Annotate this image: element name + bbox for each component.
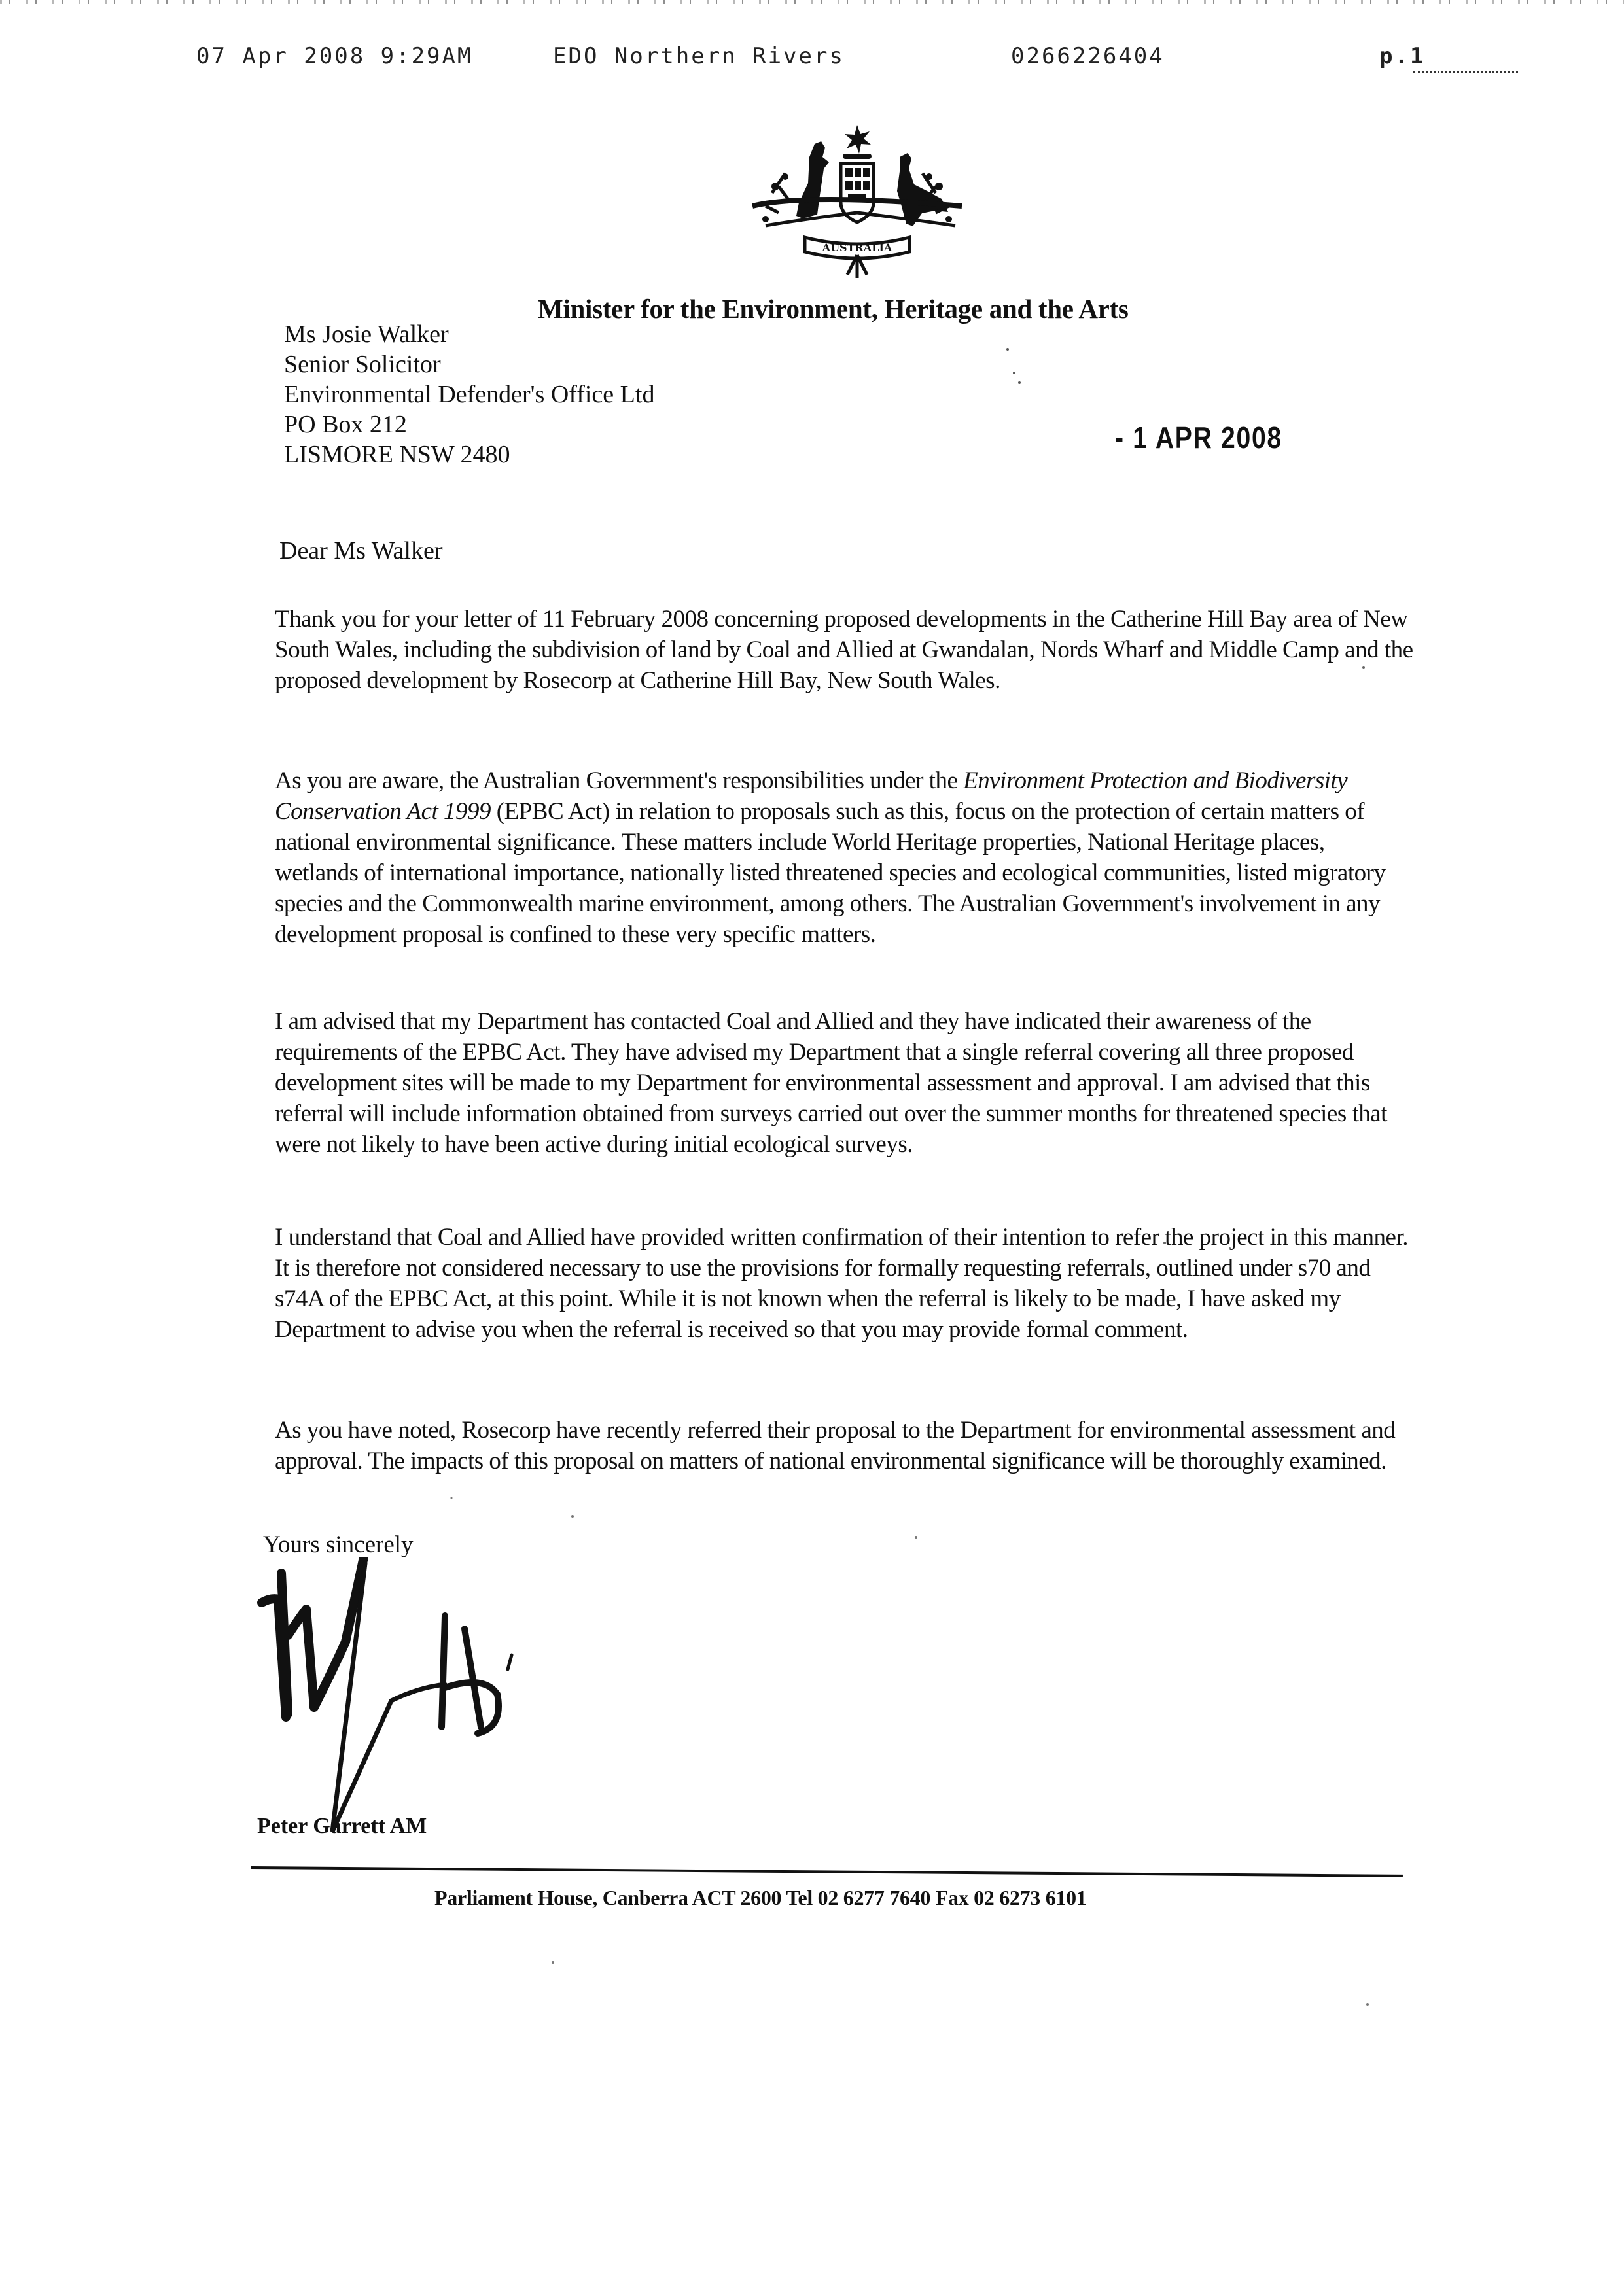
salutation: Dear Ms Walker [279, 536, 443, 565]
closing: Yours sincerely [263, 1531, 414, 1559]
date-stamp: - 1 APR 2008 [1115, 420, 1282, 455]
coat-of-arms-icon: AUSTRALIA [726, 121, 988, 285]
fax-header: 07 Apr 2008 9:29AM EDO Northern Rivers 0… [196, 43, 1544, 76]
signatory-name: Peter Garrett AM [257, 1814, 427, 1839]
paragraph-5: As you have noted, Rosecorp have recentl… [275, 1415, 1413, 1476]
svg-text:AUSTRALIA: AUSTRALIA [822, 241, 892, 254]
recipient-name: Ms Josie Walker [284, 319, 654, 349]
paragraph-4: I understand that Coal and Allied have p… [275, 1222, 1413, 1345]
recipient-po-box: PO Box 212 [284, 409, 654, 440]
fax-page-number: p.1 [1379, 43, 1425, 69]
fax-date-time: 07 Apr 2008 9:29AM [196, 43, 472, 69]
page-underline [1413, 71, 1518, 73]
paragraph-2: As you are aware, the Australian Governm… [275, 765, 1413, 950]
recipient-organisation: Environmental Defender's Office Ltd [284, 379, 654, 409]
signature-icon [249, 1557, 523, 1845]
paragraph-2-intro: As you are aware, the Australian Governm… [275, 767, 963, 794]
fax-phone: 0266226404 [1011, 43, 1165, 69]
footer-divider [251, 1866, 1403, 1877]
fax-transmission-noise [0, 0, 1624, 4]
paragraph-3: I am advised that my Department has cont… [275, 1006, 1413, 1160]
recipient-address: Ms Josie Walker Senior Solicitor Environ… [284, 319, 654, 470]
fax-sender: EDO Northern Rivers [553, 43, 845, 69]
recipient-city: LISMORE NSW 2480 [284, 440, 654, 470]
recipient-position: Senior Solicitor [284, 349, 654, 379]
paragraph-1: Thank you for your letter of 11 February… [275, 604, 1413, 696]
footer-contact: Parliament House, Canberra ACT 2600 Tel … [434, 1886, 1087, 1910]
